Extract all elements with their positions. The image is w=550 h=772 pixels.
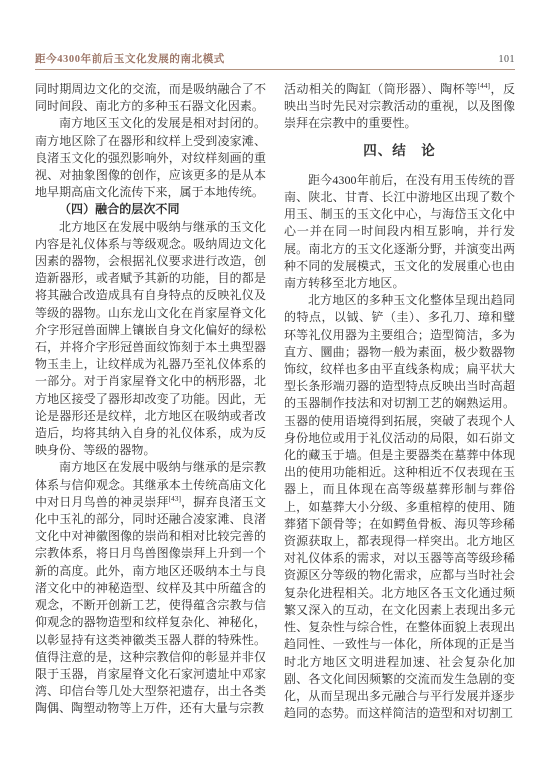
text-columns: 同时期周边文化的交流，而是吸纳融合了不同时间段、南北方的多种玉石器文化因素。南方…: [35, 81, 515, 722]
left-column: 同时期周边文化的交流，而是吸纳融合了不同时间段、南北方的多种玉石器文化因素。南方…: [35, 81, 266, 722]
document-page: 距今4300年前后玉文化发展的南北模式 101 同时期周边文化的交流，而是吸纳融…: [0, 0, 550, 772]
paragraph: 北方地区的多种玉文化整体呈现出趋同的特点，以钺、铲（圭）、多孔刀、璋和璧环等礼仪…: [284, 292, 515, 722]
reference-marker: [44]: [478, 81, 491, 90]
running-title: 距今4300年前后玉文化发展的南北模式: [35, 51, 225, 66]
paragraph: 距今4300年前后，在没有用玉传统的晋南、陕北、甘青、长江中游地区出现了数个用玉…: [284, 172, 515, 292]
paragraph: 南方地区玉文化的发展是相对封闭的。南方地区除了在器形和纹样上受到凌家滩、良渚玉文…: [35, 115, 266, 201]
page-header: 距今4300年前后玉文化发展的南北模式 101: [35, 51, 515, 66]
right-column: 活动相关的陶缸（筒形器）、陶杯等[44]，反映出当时先民对宗教活动的重视，以及图…: [284, 81, 515, 722]
paragraph: 同时期周边文化的交流，而是吸纳融合了不同时间段、南北方的多种玉石器文化因素。: [35, 81, 266, 115]
paragraph: 南方地区在发展中吸纳与继承的是宗教体系与信仰观念。其继承本土传统高庙文化中对日月…: [35, 459, 266, 717]
section-heading: 四、结 论: [284, 142, 515, 159]
page-number: 101: [499, 54, 516, 65]
paragraph: 北方地区在发展中吸纳与继承的玉文化内容是礼仪体系与等级观念。吸纳周边文化因素的器…: [35, 219, 266, 460]
sub-heading: （四）融合的层次不同: [35, 201, 266, 218]
paragraph: 活动相关的陶缸（筒形器）、陶杯等[44]，反映出当时先民对宗教活动的重视，以及图…: [284, 81, 515, 133]
header-rule: [35, 69, 515, 70]
reference-marker: [43]: [169, 494, 182, 503]
